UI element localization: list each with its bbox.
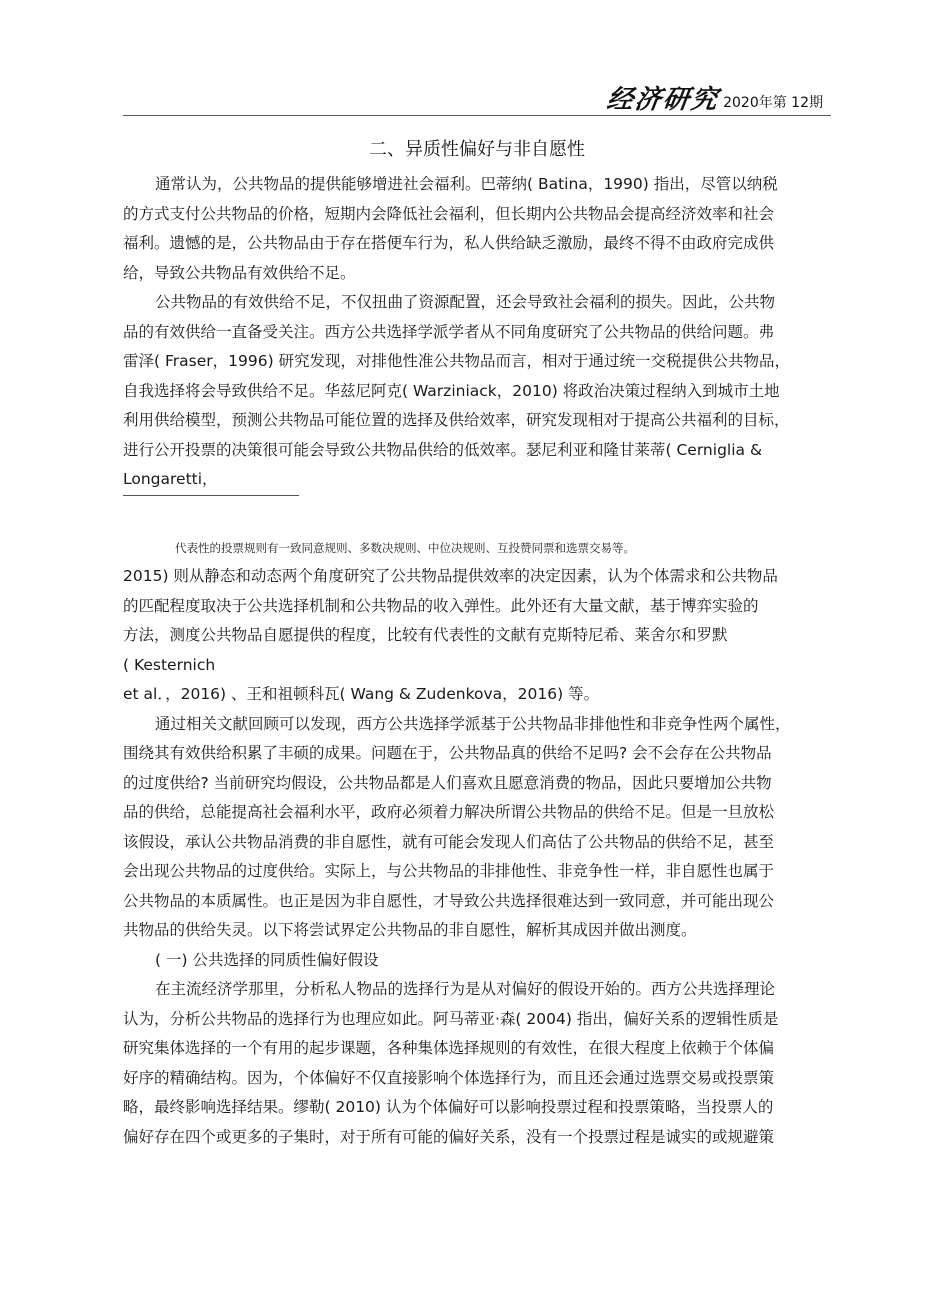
text-line: 研究集体选择的一个有用的起步课题，各种集体选择规则的有效性，在很大程度上依赖于个… [123,1034,831,1064]
subsection-heading: ( 一) 公共选择的同质性偏好假设 [123,946,831,976]
journal-logo: 经济研究 [605,85,721,115]
body-block-1: 通常认为，公共物品的提供能够增进社会福利。巴蒂纳( Batina，1990) 指… [123,170,831,495]
text-line: 通过相关文献回顾可以发现，西方公共选择学派基于公共物品非排他性和非竞争性两个属性… [123,710,831,740]
text-line: 给，导致公共物品有效供给不足。 [123,259,831,289]
text-line: 该假设，承认公共物品消费的非自愿性，就有可能会发现人们高估了公共物品的供给不足，… [123,828,831,858]
body-block-2: 2015) 则从静态和动态两个角度研究了公共物品提供效率的决定因素，认为个体需求… [123,562,831,1152]
text-line: 在主流经济学那里，分析私人物品的选择行为是从对偏好的假设开始的。西方公共选择理论 [123,975,831,1005]
issue-number: 2020年第 12期 [723,91,823,115]
text-line: 福利。遗憾的是，公共物品由于存在搭便车行为，私人供给缺乏激励，最终不得不由政府完… [123,229,831,259]
text-line: 偏好存在四个或更多的子集时，对于所有可能的偏好关系，没有一个投票过程是诚实的或规… [123,1123,831,1153]
text-line: 2015) 则从静态和动态两个角度研究了公共物品提供效率的决定因素，认为个体需求… [123,562,831,592]
footnote-divider [123,495,299,496]
text-line: 自我选择将会导致供给不足。华兹尼阿克( Warziniack，2010) 将政治… [123,377,831,407]
text-line: ( Kesternich [123,651,831,681]
text-line: 品的有效供给一直备受关注。西方公共选择学派学者从不同角度研究了公共物品的供给问题… [123,318,831,348]
text-line: 好序的精确结构。因为，个体偏好不仅直接影响个体选择行为，而且还会通过选票交易或投… [123,1064,831,1094]
text-line: 进行公开投票的决策很可能会导致公共物品供给的低效率。瑟尼利亚和隆甘莱蒂( Cer… [123,436,831,466]
text-line: 的过度供给? 当前研究均假设，公共物品都是人们喜欢且愿意消费的物品，因此只要增加… [123,769,831,799]
text-line: 的匹配程度取决于公共选择机制和公共物品的收入弹性。此外还有大量文献，基于博弈实验… [123,592,831,622]
text-line: et al．，2016) 、王和祖顿科瓦( Wang & Zudenkova，2… [123,680,831,710]
footnote: 代表性的投票规则有一致同意规则、多数决规则、中位决规则、互投赞同票和选票交易等。 [175,539,635,557]
text-line: 利用供给模型，预测公共物品可能位置的选择及供给效率，研究发现相对于提高公共福利的… [123,406,831,436]
text-line: 认为，分析公共物品的选择行为也理应如此。阿马蒂亚·森( 2004) 指出，偏好关… [123,1005,831,1035]
text-line: 通常认为，公共物品的提供能够增进社会福利。巴蒂纳( Batina，1990) 指… [123,170,831,200]
text-line: 雷泽( Fraser，1996) 研究发现，对排他性准公共物品而言，相对于通过统… [123,347,831,377]
text-line: 略，最终影响选择结果。缪勒( 2010) 认为个体偏好可以影响投票过程和投票策略… [123,1093,831,1123]
header-divider [123,115,831,116]
text-line: 公共物品的有效供给不足，不仅扭曲了资源配置，还会导致社会福利的损失。因此，公共物 [123,288,831,318]
text-line: 的方式支付公共物品的价格，短期内会降低社会福利，但长期内公共物品会提高经济效率和… [123,200,831,230]
text-line: 共物品的供给失灵。以下将尝试界定公共物品的非自愿性，解析其成因并做出测度。 [123,916,831,946]
text-line: 品的供给，总能提高社会福利水平，政府必须着力解决所谓公共物品的供给不足。但是一旦… [123,798,831,828]
text-line: 围绕其有效供给积累了丰硕的成果。问题在于，公共物品真的供给不足吗? 会不会存在公… [123,739,831,769]
text-line: 公共物品的本质属性。也正是因为非自愿性，才导致公共选择很难达到一致同意，并可能出… [123,887,831,917]
text-line: Longaretti， [123,465,831,495]
text-line: 会出现公共物品的过度供给。实际上，与公共物品的非排他性、非竞争性一样，非自愿性也… [123,857,831,887]
text-line: 方法，测度公共物品自愿提供的程度，比较有代表性的文献有克斯特尼希、莱舍尔和罗默 [123,621,831,651]
page-header: 经济研究 2020年第 12期 [123,82,823,115]
section-title: 二、异质性偏好与非自愿性 [123,138,831,162]
